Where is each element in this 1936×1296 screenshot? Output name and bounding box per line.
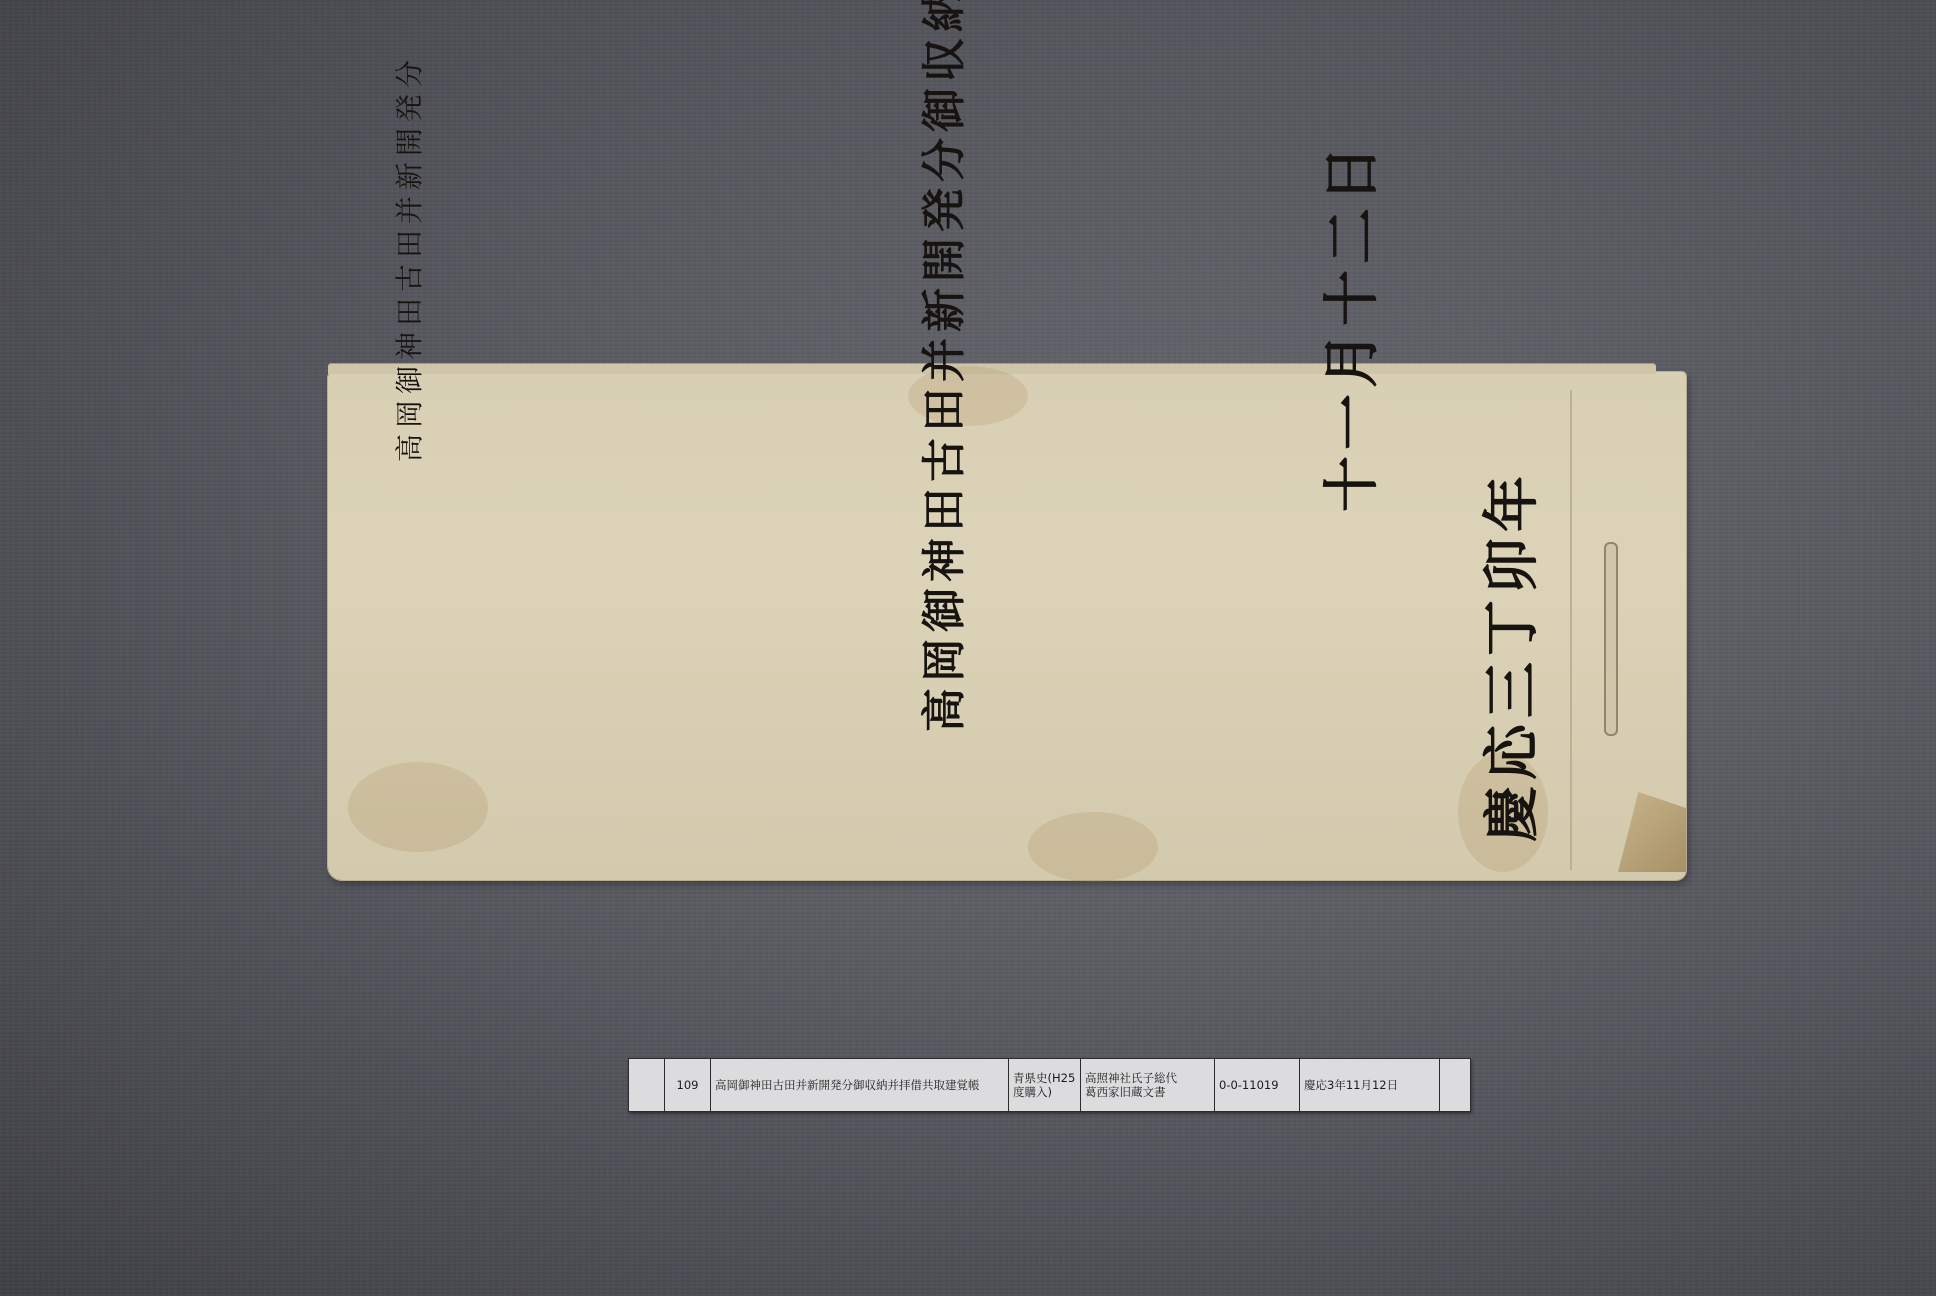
- label-code: 0-0-11019: [1215, 1059, 1300, 1111]
- stain: [1028, 812, 1158, 882]
- label-collection-line2: 葛西家旧蔵文書: [1085, 1085, 1177, 1099]
- label-collection: 高照神社氏子総代 葛西家旧蔵文書: [1081, 1059, 1215, 1111]
- label-title: 高岡御神田古田并新開発分御収納并拝借共取建覚帳: [711, 1059, 1009, 1111]
- label-source: 青県史(H25度購入): [1009, 1059, 1081, 1111]
- cover-title-main: 高岡御神田古田并新開発分御収納并拝借共取建覚帳: [908, 0, 972, 732]
- label-blank-cell: [629, 1059, 665, 1111]
- label-number: 109: [665, 1059, 711, 1111]
- label-end-cell: [1440, 1059, 1470, 1111]
- document-cover: 慶応三丁卯年 高岡御神田古田并新開発分御収納并拝借共取建覚帳 十一月十二日 高岡…: [328, 372, 1686, 880]
- folded-corner: [1618, 792, 1686, 872]
- cover-day-column: 十一月十二日: [1308, 140, 1388, 512]
- binding-fold-line: [1570, 390, 1572, 870]
- label-date: 慶応3年11月12日: [1300, 1059, 1440, 1111]
- label-collection-line1: 高照神社氏子総代: [1085, 1071, 1177, 1085]
- cover-date-column: 慶応三丁卯年: [1468, 470, 1548, 842]
- stain: [348, 762, 488, 852]
- catalog-label: 109 高岡御神田古田并新開発分御収納并拝借共取建覚帳 青県史(H25度購入) …: [628, 1058, 1471, 1112]
- side-annotation: 高岡御神田古田并新開発分: [388, 54, 428, 462]
- binding-stitch: [1604, 542, 1618, 736]
